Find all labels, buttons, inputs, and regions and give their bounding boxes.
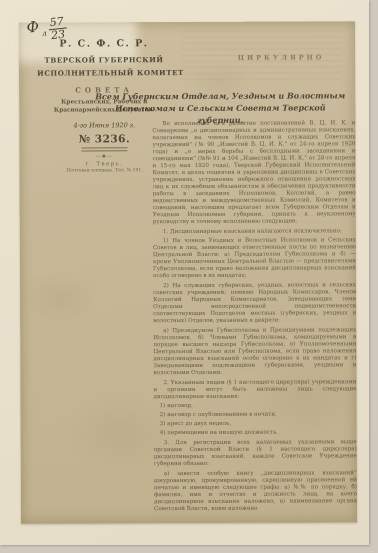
body-text: Во исполнение и в развитие постановлений… bbox=[152, 120, 357, 516]
penalty-item: 4) перемещение на низшую должность. bbox=[160, 429, 357, 437]
letterhead-address: Почтовая площадь. Тел. № 191. bbox=[38, 168, 172, 174]
paragraph-section3: 3. Для регистрации всех налагаемых указа… bbox=[154, 439, 357, 468]
paragraph-preamble: Во исполнение и в развитие постановлений… bbox=[152, 120, 355, 226]
document-paper: Ф л 57 23 Р. С. Ф. С. Р. ТВЕРСКОЙ ГУБЕРН… bbox=[19, 21, 357, 523]
document-number: № 3236. bbox=[37, 133, 171, 146]
archive-list-letter: л bbox=[41, 29, 47, 39]
letterhead-org-line1: ТВЕРСКОЙ ГУБЕРНСКИЙ bbox=[37, 55, 171, 65]
penalty-item: 3) арест до двух недель, bbox=[160, 420, 357, 428]
penalty-item: 2) выговор с опубликованием в печати, bbox=[160, 411, 357, 419]
paragraph-item2: 2) На служащих губернских, уездных, воло… bbox=[153, 282, 356, 325]
letterhead-ornament: —◆— bbox=[37, 153, 171, 160]
archive-fond-letter: Ф bbox=[26, 19, 40, 35]
paragraph-book: а) завести особую книгу „дисциплинарных … bbox=[154, 470, 357, 513]
penalties-list: 1) выговор, 2) выговор с опубликованием … bbox=[154, 402, 357, 437]
letterhead-org-line2: ИСПОЛНИТЕЛЬНЫЙ КОМИТЕТ bbox=[37, 68, 171, 78]
paragraph-section2: 2. Указанным лицам (§ 1 настоящего цирку… bbox=[153, 379, 356, 401]
letterhead-rule bbox=[81, 147, 127, 151]
letterhead-republic: Р. С. Ф. С. Р. bbox=[37, 38, 171, 50]
heading-line1: Всем Губернским Отделам, Уездным и Волос… bbox=[91, 89, 349, 102]
paragraph-subitems: а) Президиумом Губисполкома и Президиума… bbox=[153, 327, 356, 377]
paragraph-section1: 1. Дисциплинарные взыскания налагаются и… bbox=[153, 228, 356, 236]
letterhead-city: г. Тверь. bbox=[38, 161, 172, 168]
circular-stamp-note: ЦИРКУЛЯРНО bbox=[221, 53, 341, 62]
paragraph-item1: 1) На членов Уездных и Волостных Исполко… bbox=[153, 237, 356, 280]
penalty-item: 1) выговор, bbox=[160, 402, 357, 410]
